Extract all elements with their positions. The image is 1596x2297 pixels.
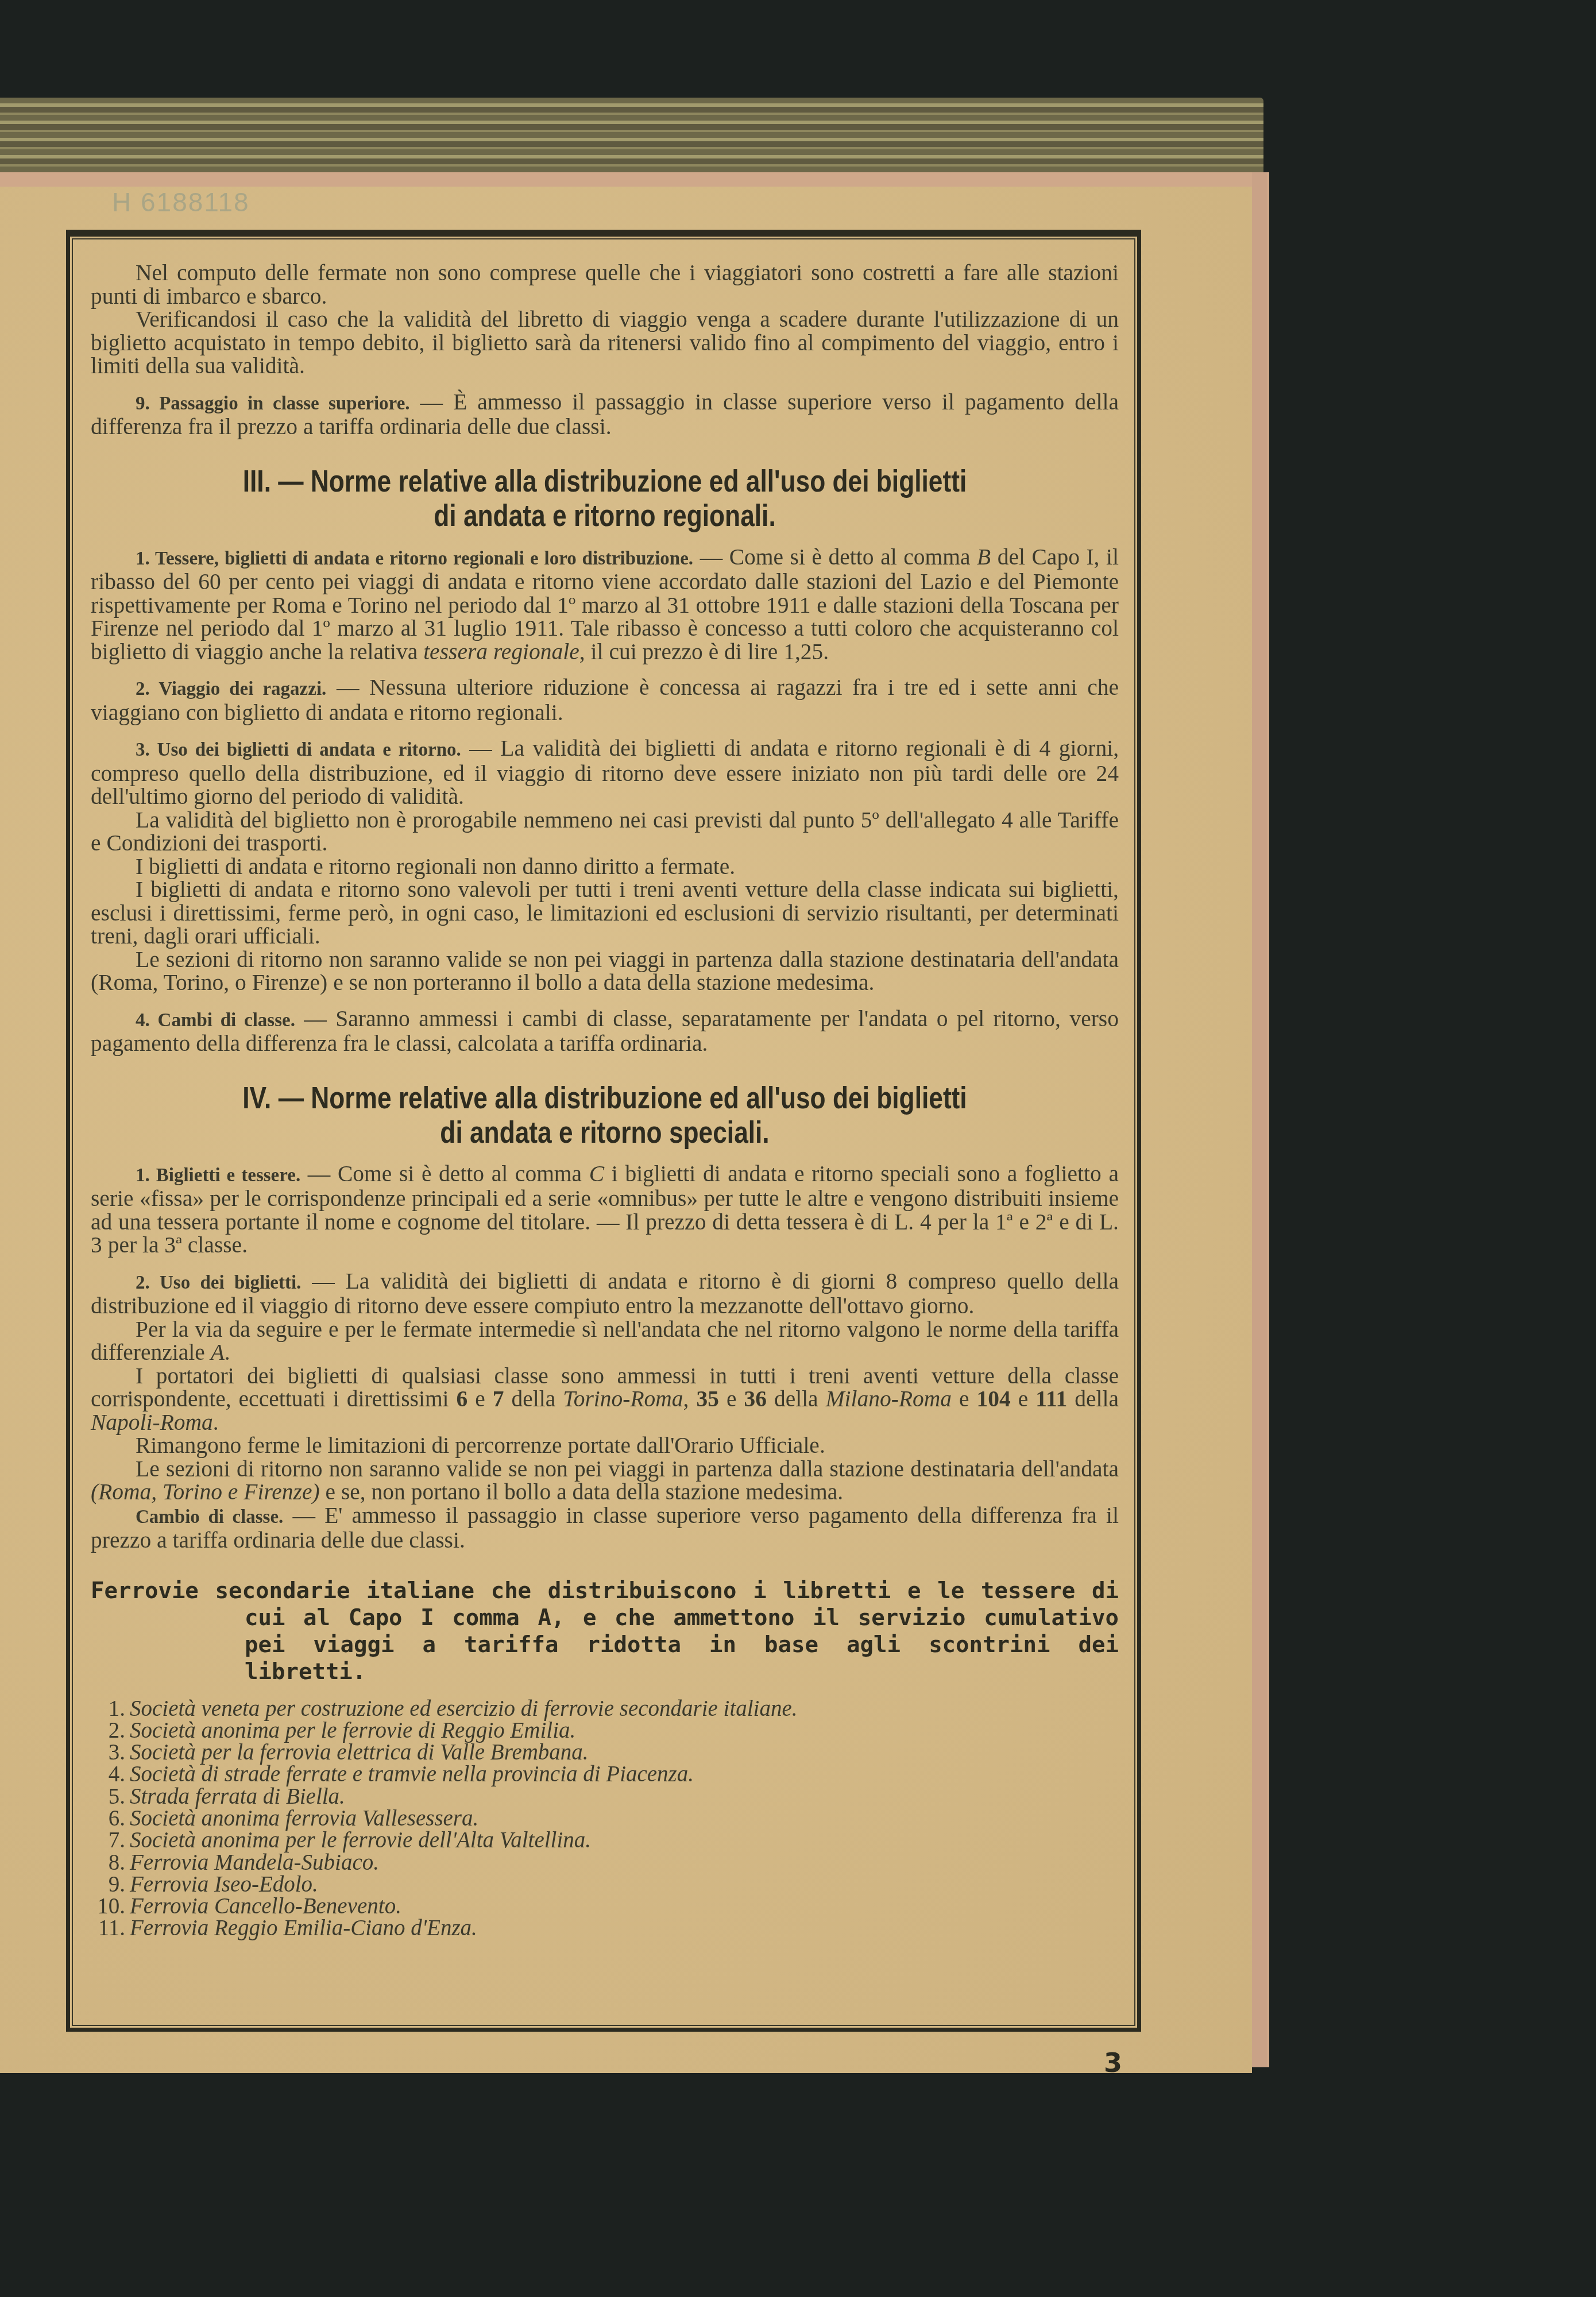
item-title: 4. Cambi di classe.: [136, 1010, 295, 1031]
text: e: [1011, 1386, 1036, 1412]
paragraph: Verificandosi il caso che la validità de…: [91, 308, 1119, 378]
text: A: [211, 1340, 225, 1365]
paragraph: La validità del biglietto non è prorogab…: [91, 809, 1119, 855]
item-name: Società veneta per costruzione ed eserci…: [130, 1696, 797, 1721]
list-item: 2.Società anonima per le ferrovie di Reg…: [91, 1720, 1119, 1742]
text: B: [977, 544, 991, 570]
page-content: Nel computo delle fermate non sono compr…: [91, 261, 1119, 1940]
paragraph-uso: 3. Uso dei biglietti di andata e ritorno…: [91, 737, 1119, 809]
text: .: [213, 1410, 219, 1435]
paragraph: Le sezioni di ritorno non saranno valide…: [91, 1457, 1119, 1504]
train-number: 111: [1035, 1386, 1067, 1412]
paragraph-tessere: 1. Tessere, biglietti di andata e ritorn…: [91, 546, 1119, 664]
item-name: Ferrovia Reggio Emilia-Ciano d'Enza.: [130, 1916, 477, 1940]
paragraph: Per la via da seguire e per le fermate i…: [91, 1318, 1119, 1364]
item-number: 4.: [91, 1764, 125, 1785]
item-number: 6.: [91, 1808, 125, 1830]
item-title: 2. Uso dei biglietti.: [136, 1273, 301, 1293]
text: e: [719, 1386, 744, 1412]
paragraph: Rimangono ferme le limitazioni di percor…: [91, 1434, 1119, 1457]
item-name: Società anonima per le ferrovie di Reggi…: [130, 1718, 575, 1743]
heading-line: di andata e ritorno speciali.: [127, 1115, 1083, 1150]
paragraph: Le sezioni di ritorno non saranno valide…: [91, 948, 1119, 995]
text: (Roma, Torino e Firenze): [91, 1479, 320, 1505]
paragraph: Nel computo delle fermate non sono compr…: [91, 261, 1119, 308]
item-name: Società anonima per le ferrovie dell'Alt…: [130, 1828, 591, 1853]
paragraph-ragazzi: 2. Viaggio dei ragazzi. — Nessuna ulteri…: [91, 676, 1119, 724]
item-name: Società anonima ferrovia Vallesessera.: [130, 1806, 478, 1831]
heading-line: IV. — Norme relative alla distribuzione …: [127, 1081, 1083, 1115]
list-item: 6.Società anonima ferrovia Vallesessera.: [91, 1808, 1119, 1830]
list-item: 10.Ferrovia Cancello-Benevento.: [91, 1896, 1119, 1917]
list-item: 11.Ferrovia Reggio Emilia-Ciano d'Enza.: [91, 1917, 1119, 1939]
paragraph: I biglietti di andata e ritorno regional…: [91, 855, 1119, 879]
item-number: 1.: [91, 1698, 125, 1720]
paragraph-uso-biglietti: 2. Uso dei biglietti. — La validità dei …: [91, 1270, 1119, 1318]
text: Per la via da seguire e per le fermate i…: [91, 1317, 1119, 1366]
route: Napoli-Roma: [91, 1410, 213, 1435]
heading-line: di andata e ritorno regionali.: [127, 498, 1083, 533]
train-number: 6: [457, 1386, 468, 1412]
paragraph-cambi: 4. Cambi di classe. — Saranno ammessi i …: [91, 1007, 1119, 1055]
section-heading-iii: III. — Norme relative alla distribuzione…: [127, 464, 1083, 533]
train-number: 104: [977, 1386, 1011, 1412]
paragraph-passaggio: 9. Passaggio in classe superiore. — È am…: [91, 390, 1119, 439]
list-item: 5.Strada ferrata di Biella.: [91, 1786, 1119, 1808]
heading-line: III. — Norme relative alla distribuzione…: [127, 464, 1083, 498]
item-number: 7.: [91, 1830, 125, 1851]
route: Torino-Roma: [563, 1386, 683, 1412]
item-name: Ferrovia Mandela-Subiaco.: [130, 1850, 379, 1875]
item-number: 9.: [91, 1874, 125, 1896]
paragraph-cambio: Cambio di classe. — E' ammesso il passag…: [91, 1504, 1119, 1552]
ghost-header-bleedthrough: H 6188118: [112, 187, 250, 218]
item-title: Cambio di classe.: [136, 1507, 283, 1528]
list-item: 3.Società per la ferrovia elettrica di V…: [91, 1742, 1119, 1764]
ferrovie-secondarie-title: Ferrovie secondarie italiane che distrib…: [91, 1577, 1119, 1685]
text: , il cui prezzo è di lire 1,25.: [579, 639, 829, 664]
item-title: 3. Uso dei biglietti di andata e ritorno…: [136, 740, 461, 760]
list-item: 7.Società anonima per le ferrovie dell'A…: [91, 1830, 1119, 1851]
list-item: 1.Società veneta per costruzione ed eser…: [91, 1698, 1119, 1720]
route: Milano-Roma: [826, 1386, 952, 1412]
list-item: 8.Ferrovia Mandela-Subiaco.: [91, 1852, 1119, 1874]
item-number: 2.: [91, 1720, 125, 1742]
list-item: 9.Ferrovia Iseo-Edolo.: [91, 1874, 1119, 1896]
item-title: 1. Tessere, biglietti di andata e ritorn…: [136, 548, 693, 569]
railway-list: 1.Società veneta per costruzione ed eser…: [91, 1698, 1119, 1940]
page-right-edge: [1252, 172, 1267, 2067]
book-page-edges: [0, 98, 1263, 178]
item-name: Società di strade ferrate e tramvie nell…: [130, 1762, 694, 1786]
text: tessera regionale: [423, 639, 579, 664]
page-number: 3: [1104, 2047, 1122, 2078]
paragraph: I biglietti di andata e ritorno sono val…: [91, 878, 1119, 948]
item-name: Ferrovia Iseo-Edolo.: [130, 1872, 318, 1897]
text: — Come si è detto al comma: [300, 1161, 589, 1186]
text: e: [952, 1386, 977, 1412]
item-number: 5.: [91, 1786, 125, 1808]
list-item: 4.Società di strade ferrate e tramvie ne…: [91, 1764, 1119, 1785]
text: — Come si è detto al comma: [693, 544, 977, 570]
item-name: Strada ferrata di Biella.: [130, 1784, 345, 1809]
train-number: 36: [744, 1386, 767, 1412]
item-number: 3.: [91, 1742, 125, 1764]
text: .: [225, 1340, 230, 1365]
text: della: [767, 1386, 826, 1412]
item-name: Ferrovia Cancello-Benevento.: [130, 1894, 401, 1919]
train-number: 7: [493, 1386, 504, 1412]
text: e: [467, 1386, 493, 1412]
paragraph-biglietti-tessere: 1. Biglietti e tessere. — Come si è dett…: [91, 1162, 1119, 1257]
section-heading-iv: IV. — Norme relative alla distribuzione …: [127, 1081, 1083, 1150]
item-number: 8.: [91, 1852, 125, 1874]
item-name: Società per la ferrovia elettrica di Val…: [130, 1740, 589, 1765]
item-title: 1. Biglietti e tessere.: [136, 1165, 300, 1186]
text: e se, non portano il bollo a data della …: [320, 1479, 844, 1505]
text: della: [504, 1386, 563, 1412]
item-number: 10.: [91, 1896, 125, 1917]
item-title: 2. Viaggio dei ragazzi.: [136, 679, 326, 699]
text: ,: [683, 1386, 697, 1412]
text: C: [589, 1161, 604, 1186]
item-title: 9. Passaggio in classe superiore.: [136, 393, 410, 414]
train-number: 35: [696, 1386, 719, 1412]
text: della: [1067, 1386, 1119, 1412]
item-number: 11.: [91, 1917, 125, 1939]
text: Le sezioni di ritorno non saranno valide…: [136, 1456, 1119, 1482]
paragraph-portatori: I portatori dei biglietti di qualsiasi c…: [91, 1364, 1119, 1434]
